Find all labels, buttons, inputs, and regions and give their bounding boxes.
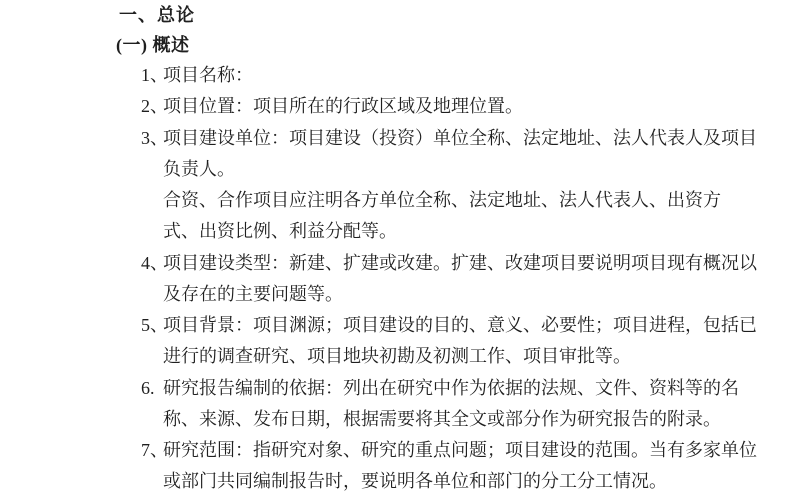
item-7-text: 研究范围：指研究对象、研究的重点问题；项目建设的范围。当有多家单位或部门共同编制… <box>163 440 757 491</box>
item-5-text: 项目背景：项目渊源；项目建设的目的、意义、必要性；项目进程，包括已进行的调查研究… <box>163 315 757 366</box>
item-2-number: 2、 <box>141 91 163 122</box>
item-1-number: 1、 <box>141 60 163 91</box>
item-4-number: 4、 <box>141 248 163 279</box>
list-item-1: 1、项目名称： <box>141 60 769 91</box>
item-3-text: 项目建设单位：项目建设（投资）单位全称、法定地址、法人代表人及项目负责人。 <box>163 128 757 179</box>
item-6-number: 6. <box>141 373 163 404</box>
list-item-2: 2、项目位置：项目所在的行政区域及地理位置。 <box>141 91 769 122</box>
heading-level-1: 一、总论 <box>119 0 195 31</box>
item-7-number: 7、 <box>141 435 163 466</box>
list-item-3-continuation: 合资、合作项目应注明各方单位全称、法定地址、法人代表人、出资方式、出资比例、利益… <box>163 185 747 248</box>
list-item-4: 4、项目建设类型：新建、扩建或改建。扩建、改建项目要说明项目现有概况以及存在的主… <box>141 248 769 311</box>
item-2-text: 项目位置：项目所在的行政区域及地理位置。 <box>163 96 523 116</box>
list-item-5: 5、项目背景：项目渊源；项目建设的目的、意义、必要性；项目进程，包括已进行的调查… <box>141 310 769 373</box>
list-item-7: 7、研究范围：指研究对象、研究的重点问题；项目建设的范围。当有多家单位或部门共同… <box>141 435 769 494</box>
item-6-text: 研究报告编制的依据：列出在研究中作为依据的法规、文件、资料等的名称、来源、发布日… <box>163 378 739 429</box>
heading-level-2: (一) 概述 <box>116 30 190 61</box>
list-item-6: 6.研究报告编制的依据：列出在研究中作为依据的法规、文件、资料等的名称、来源、发… <box>141 373 769 436</box>
document-page: 一、总论 (一) 概述 1、项目名称： 2、项目位置：项目所在的行政区域及地理位… <box>0 0 795 494</box>
item-5-number: 5、 <box>141 310 163 341</box>
item-1-text: 项目名称： <box>163 65 253 85</box>
item-3-number: 3、 <box>141 123 163 154</box>
item-4-text: 项目建设类型：新建、扩建或改建。扩建、改建项目要说明项目现有概况以及存在的主要问… <box>163 253 757 304</box>
list-item-3: 3、项目建设单位：项目建设（投资）单位全称、法定地址、法人代表人及项目负责人。 <box>141 123 769 186</box>
